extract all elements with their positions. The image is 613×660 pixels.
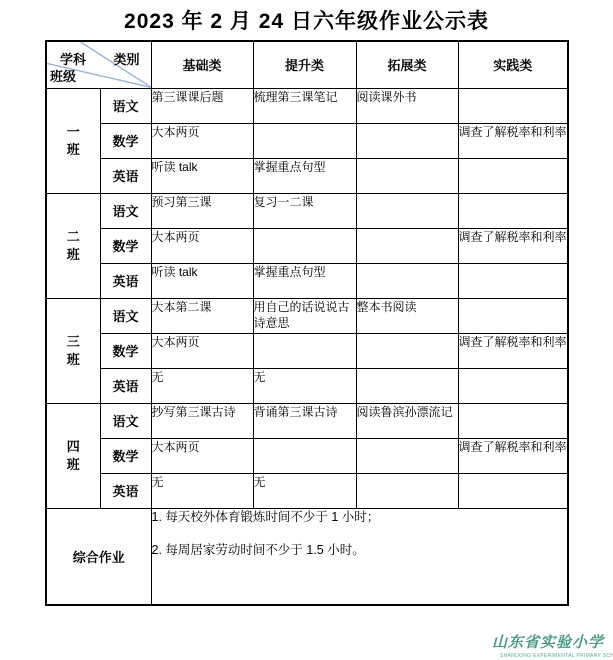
summary-label: 综合作业	[46, 508, 151, 605]
corner-label-category: 类别	[113, 49, 139, 68]
table-row: 四班 语文 抄写第三课古诗 背诵第三课古诗 阅读鲁滨孙漂流记	[46, 403, 568, 438]
homework-cell: 抄写第三课古诗	[151, 403, 253, 438]
subject-label: 英语	[100, 473, 151, 508]
homework-cell: 掌握重点句型	[253, 263, 356, 298]
homework-cell	[253, 123, 356, 158]
homework-cell	[458, 263, 568, 298]
homework-cell	[356, 473, 458, 508]
homework-cell	[253, 333, 356, 368]
homework-cell	[458, 298, 568, 333]
subject-label: 语文	[100, 298, 151, 333]
homework-cell: 掌握重点句型	[253, 158, 356, 193]
homework-cell	[356, 438, 458, 473]
homework-cell: 听读 talk	[151, 263, 253, 298]
homework-cell	[458, 368, 568, 403]
subject-label: 语文	[100, 193, 151, 228]
homework-cell: 大本两页	[151, 228, 253, 263]
homework-cell	[356, 333, 458, 368]
homework-cell: 调查了解税率和利率	[458, 123, 568, 158]
homework-cell: 调查了解税率和利率	[458, 333, 568, 368]
homework-cell	[458, 473, 568, 508]
subject-label: 数学	[100, 438, 151, 473]
subject-label: 数学	[100, 333, 151, 368]
subject-label: 英语	[100, 158, 151, 193]
page-title: 2023 年 2 月 24 日六年级作业公示表	[0, 5, 613, 35]
homework-cell: 复习一二课	[253, 193, 356, 228]
column-header-basic: 基础类	[151, 41, 253, 88]
table-row: 英语 听读 talk 掌握重点句型	[46, 263, 568, 298]
homework-cell	[458, 403, 568, 438]
diagonal-corner-cell: 学科 类别 班级	[46, 41, 151, 88]
column-header-practice: 实践类	[458, 41, 568, 88]
class-label: 三班	[46, 298, 100, 403]
homework-cell: 大本两页	[151, 438, 253, 473]
homework-cell: 调查了解税率和利率	[458, 228, 568, 263]
school-watermark: 山东省实验小学 SHANDONG EXPERIMENTAL PRIMARY SC…	[424, 631, 604, 659]
table-row: 数学 大本两页 调查了解税率和利率	[46, 123, 568, 158]
subject-label: 数学	[100, 123, 151, 158]
column-header-expand: 拓展类	[356, 41, 458, 88]
homework-table: 学科 类别 班级 基础类 提升类 拓展类 实践类 一班 语文 第三课课后题 梳理…	[45, 40, 569, 606]
homework-cell: 大本第二课	[151, 298, 253, 333]
homework-cell: 背诵第三课古诗	[253, 403, 356, 438]
header-row: 学科 类别 班级 基础类 提升类 拓展类 实践类	[46, 41, 568, 88]
homework-cell: 调查了解税率和利率	[458, 438, 568, 473]
table-row: 二班 语文 预习第三课 复习一二课	[46, 193, 568, 228]
homework-cell: 用自己的话说说古诗意思	[253, 298, 356, 333]
school-name-english: SHANDONG EXPERIMENTAL PRIMARY SCHOOL	[424, 653, 604, 659]
homework-cell: 梳理第三课笔记	[253, 88, 356, 123]
homework-cell	[356, 228, 458, 263]
homework-cell	[356, 368, 458, 403]
homework-cell: 预习第三课	[151, 193, 253, 228]
subject-label: 数学	[100, 228, 151, 263]
homework-cell: 无	[253, 473, 356, 508]
homework-cell	[356, 158, 458, 193]
summary-content: 1. 每天校外体育锻炼时间不少于 1 小时； 2. 每周居家劳动时间不少于 1.…	[151, 508, 568, 605]
summary-row: 综合作业 1. 每天校外体育锻炼时间不少于 1 小时； 2. 每周居家劳动时间不…	[46, 508, 568, 605]
homework-cell: 无	[151, 368, 253, 403]
homework-cell: 大本两页	[151, 333, 253, 368]
table-row: 数学 大本两页 调查了解税率和利率	[46, 228, 568, 263]
homework-cell	[356, 193, 458, 228]
homework-cell: 无	[253, 368, 356, 403]
homework-cell: 整本书阅读	[356, 298, 458, 333]
homework-cell: 第三课课后题	[151, 88, 253, 123]
homework-cell	[458, 193, 568, 228]
homework-cell: 阅读课外书	[356, 88, 458, 123]
subject-label: 英语	[100, 368, 151, 403]
subject-label: 英语	[100, 263, 151, 298]
homework-cell: 听读 talk	[151, 158, 253, 193]
school-name: 山东省实验小学	[424, 631, 604, 652]
subject-label: 语文	[100, 88, 151, 123]
corner-label-class: 班级	[50, 66, 76, 85]
table-row: 英语 无 无	[46, 368, 568, 403]
summary-item-1: 1. 每天校外体育锻炼时间不少于 1 小时；	[152, 509, 568, 525]
summary-item-2: 2. 每周居家劳动时间不少于 1.5 小时。	[152, 542, 568, 558]
table-row: 三班 语文 大本第二课 用自己的话说说古诗意思 整本书阅读	[46, 298, 568, 333]
class-label: 二班	[46, 193, 100, 298]
homework-cell	[458, 88, 568, 123]
class-label: 一班	[46, 88, 100, 193]
class-label: 四班	[46, 403, 100, 508]
homework-cell	[253, 438, 356, 473]
column-header-improve: 提升类	[253, 41, 356, 88]
homework-cell: 无	[151, 473, 253, 508]
homework-cell	[356, 263, 458, 298]
table-row: 数学 大本两页 调查了解税率和利率	[46, 333, 568, 368]
homework-cell: 大本两页	[151, 123, 253, 158]
table-row: 英语 听读 talk 掌握重点句型	[46, 158, 568, 193]
homework-cell	[253, 228, 356, 263]
homework-cell	[458, 158, 568, 193]
subject-label: 语文	[100, 403, 151, 438]
table-row: 英语 无 无	[46, 473, 568, 508]
homework-cell: 阅读鲁滨孙漂流记	[356, 403, 458, 438]
table-row: 数学 大本两页 调查了解税率和利率	[46, 438, 568, 473]
table-row: 一班 语文 第三课课后题 梳理第三课笔记 阅读课外书	[46, 88, 568, 123]
homework-cell	[356, 123, 458, 158]
